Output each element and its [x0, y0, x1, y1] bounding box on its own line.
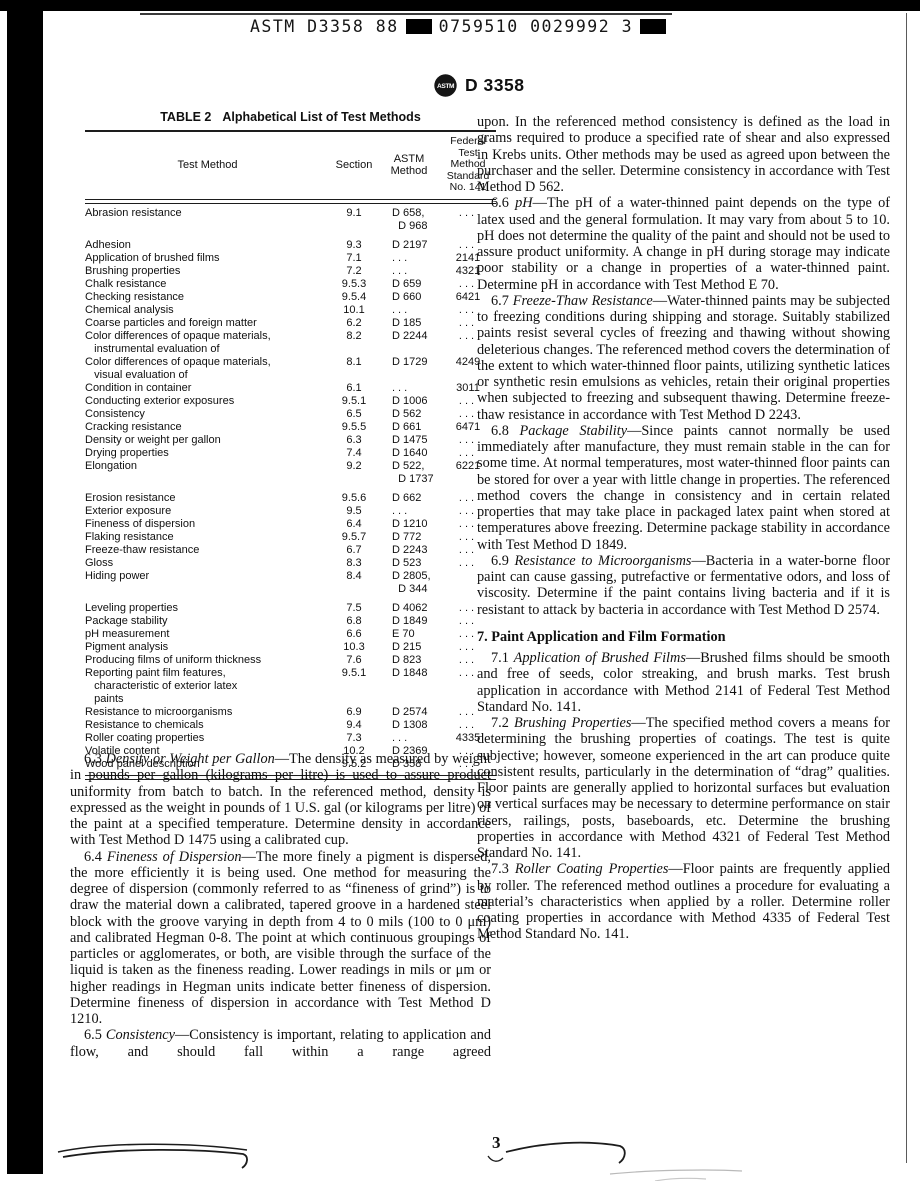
table-row: Color differences of opaque materials, i…: [85, 330, 496, 356]
para-6-6: 6.6 pH—The pH of a water-thinned paint d…: [477, 195, 890, 293]
table-row: Flaking resistance9.5.7D 772...: [85, 531, 496, 544]
table-cell-name: Reporting paint film features, character…: [85, 667, 330, 706]
italic-term: pH: [515, 195, 532, 211]
table-cell-astm: D 4062: [378, 602, 440, 615]
table-cell-name: Cracking resistance: [85, 421, 330, 434]
table-cell-name: Coarse particles and foreign matter: [85, 317, 330, 330]
table-row: Application of brushed films7.1...2141: [85, 252, 496, 265]
table-row: Density or weight per gallon6.3D 1475...: [85, 434, 496, 447]
table-row: Freeze-thaw resistance6.7D 2243...: [85, 544, 496, 557]
italic-term: Roller Coating Properties: [515, 861, 669, 877]
table-cell-astm: D 1640: [378, 447, 440, 460]
table-row: Consistency6.5D 562...: [85, 408, 496, 421]
table-cell-name: Resistance to chemicals: [85, 719, 330, 732]
table-cell-astm: D 1475: [378, 434, 440, 447]
table-cell-sec: 6.4: [330, 518, 378, 531]
table-row: Resistance to chemicals9.4D 1308...: [85, 719, 496, 732]
para-6-5: 6.5 Consistency—Consistency is important…: [70, 1027, 491, 1060]
text-run: —The specified method covers a means for…: [477, 715, 890, 861]
scribble-mark: [58, 1144, 247, 1152]
table-cell-sec: 9.3: [330, 239, 378, 252]
table-cell-name: Resistance to microorganisms: [85, 706, 330, 719]
table-cell-sec: 8.3: [330, 557, 378, 570]
table-cell-astm: D 823: [378, 654, 440, 667]
table-cell-sec: 10.3: [330, 641, 378, 654]
table-cell-name: Gloss: [85, 557, 330, 570]
table-row: Resistance to microorganisms6.9D 2574...: [85, 706, 496, 719]
text-run: 6.7: [491, 293, 513, 309]
column-header-astm-method: ASTM Method: [378, 153, 440, 177]
filled-box-icon: [406, 19, 432, 34]
table-cell-astm: ...: [378, 732, 440, 745]
column-header-test-method: Test Method: [85, 159, 330, 171]
table-cell-sec: 9.5.3: [330, 278, 378, 291]
table-cell-name: Erosion resistance: [85, 492, 330, 505]
table-cell-astm: D 523: [378, 557, 440, 570]
para-7-2: 7.2 Brushing Properties—The specified me…: [477, 715, 890, 861]
table-cell-name: Checking resistance: [85, 291, 330, 304]
table-cell-name: Adhesion: [85, 239, 330, 252]
table-cell-astm: D 2244: [378, 330, 440, 356]
table-cell-sec: 7.4: [330, 447, 378, 460]
astm-logo-icon: ASTM: [433, 73, 458, 98]
para-6-8: 6.8 Package Stability—Since paints canno…: [477, 423, 890, 553]
scan-top-bar: [0, 0, 920, 11]
section-7-heading: 7. Paint Application and Film Formation: [477, 629, 890, 645]
text-run: 6.4: [84, 849, 107, 865]
table-cell-sec: 9.5.7: [330, 531, 378, 544]
table-cell-astm: D 660: [378, 291, 440, 304]
table-row: Gloss8.3D 523...: [85, 557, 496, 570]
table-cell-astm: D 1308: [378, 719, 440, 732]
text-run: —The more finely a pigment is dispersed,…: [70, 849, 491, 1028]
text-run: 6.9: [491, 553, 515, 569]
table-cell-name: Hiding power: [85, 570, 330, 596]
document-designation: D 3358: [465, 75, 524, 96]
table-cell-astm: D 1848: [378, 667, 440, 706]
table-row: Erosion resistance9.5.6D 662...: [85, 492, 496, 505]
table-cell-sec: 7.5: [330, 602, 378, 615]
table-cell-astm: D 772: [378, 531, 440, 544]
table-row: Conducting exterior exposures9.5.1D 1006…: [85, 395, 496, 408]
table-row: Chemical analysis10.1......: [85, 304, 496, 317]
table-cell-astm: D 2243: [378, 544, 440, 557]
page-number: 3: [492, 1133, 501, 1153]
table-cell-astm: D 215: [378, 641, 440, 654]
table-cell-name: pH measurement: [85, 628, 330, 641]
table-cell-sec: 7.1: [330, 252, 378, 265]
table-row: Drying properties7.4D 1640...: [85, 447, 496, 460]
table-cell-astm: D 1729: [378, 356, 440, 382]
table-cell-astm: E 70: [378, 628, 440, 641]
table-cell-sec: 7.6: [330, 654, 378, 667]
para-6-5-continuation: upon. In the referenced method consisten…: [477, 114, 890, 195]
text-run: 6.5: [84, 1027, 106, 1043]
scribble-mark: [488, 1156, 503, 1161]
scan-header-left-text: ASTM D3358 88: [250, 17, 399, 36]
table-row: Exterior exposure9.5......: [85, 505, 496, 518]
table-cell-sec: 8.4: [330, 570, 378, 596]
para-7-3: 7.3 Roller Coating Properties—Floor pain…: [477, 861, 890, 942]
para-6-4: 6.4 Fineness of Dispersion—The more fine…: [70, 849, 491, 1028]
table-cell-name: Freeze-thaw resistance: [85, 544, 330, 557]
italic-term: Resistance to Microorganisms: [515, 553, 692, 569]
table-cell-name: Package stability: [85, 615, 330, 628]
scan-top-rule: [140, 13, 672, 15]
table-row: Coarse particles and foreign matter6.2D …: [85, 317, 496, 330]
table-cell-name: Abrasion resistance: [85, 207, 330, 233]
table-cell-astm: D 185: [378, 317, 440, 330]
table-row: Checking resistance9.5.4D 6606421: [85, 291, 496, 304]
text-run: —The pH of a water-thinned paint depends…: [477, 195, 890, 292]
table-cell-name: Color differences of opaque materials, v…: [85, 356, 330, 382]
table-cell-astm: D 1006: [378, 395, 440, 408]
table-cell-astm: D 562: [378, 408, 440, 421]
table-cell-astm: D 2197: [378, 239, 440, 252]
table-row: Elongation9.2D 522, D 17376221: [85, 460, 496, 486]
table-row: pH measurement6.6E 70...: [85, 628, 496, 641]
para-6-3: 6.3 Density or Weight per Gallon—The den…: [70, 751, 491, 849]
table-cell-name: Condition in container: [85, 382, 330, 395]
table-cell-sec: 6.3: [330, 434, 378, 447]
text-run: 7.3: [491, 861, 515, 877]
text-run: —Since paints cannot normally be used im…: [477, 423, 890, 553]
table-cell-astm: ...: [378, 382, 440, 395]
table-cell-astm: D 522, D 1737: [378, 460, 440, 486]
table-cell-name: Chemical analysis: [85, 304, 330, 317]
table-cell-name: Chalk resistance: [85, 278, 330, 291]
table-cell-astm: ...: [378, 505, 440, 518]
text-run: 7.1: [491, 650, 514, 666]
text-run: 6.8: [491, 423, 520, 439]
table-cell-name: Brushing properties: [85, 265, 330, 278]
left-text-column: 6.3 Density or Weight per Gallon—The den…: [70, 751, 491, 1060]
scan-left-bar: [7, 0, 43, 1174]
para-6-9: 6.9 Resistance to Microorganisms—Bacteri…: [477, 553, 890, 618]
table-cell-sec: 7.3: [330, 732, 378, 745]
table-cell-name: Producing films of uniform thickness: [85, 654, 330, 667]
table-cell-sec: 8.2: [330, 330, 378, 356]
table-cell-sec: 9.2: [330, 460, 378, 486]
table-cell-astm: D 1210: [378, 518, 440, 531]
table-row: Fineness of dispersion6.4D 1210...: [85, 518, 496, 531]
table-cell-name: Elongation: [85, 460, 330, 486]
italic-term: Fineness of Dispersion: [107, 849, 242, 865]
table-row: Reporting paint film features, character…: [85, 667, 496, 706]
text-run: —Water-thinned paints may be subjected t…: [477, 293, 890, 423]
column-header-section: Section: [330, 159, 378, 171]
table-cell-name: Roller coating properties: [85, 732, 330, 745]
table-cell-sec: 10.1: [330, 304, 378, 317]
table-cell-astm: D 658, D 968: [378, 207, 440, 233]
table-cell-name: Color differences of opaque materials, i…: [85, 330, 330, 356]
table-cell-name: Drying properties: [85, 447, 330, 460]
table-cell-sec: 9.5.1: [330, 667, 378, 706]
table-cell-sec: 6.7: [330, 544, 378, 557]
scan-header-right-text: 0759510 0029992 3: [439, 17, 633, 36]
table-2: TABLE 2 Alphabetical List of Test Method…: [85, 110, 496, 780]
table-cell-sec: 6.2: [330, 317, 378, 330]
text-run: 6.6: [491, 195, 515, 211]
table-cell-sec: 6.5: [330, 408, 378, 421]
scan-header-line: ASTM D3358 880759510 0029992 3: [250, 17, 690, 36]
table-cell-astm: D 662: [378, 492, 440, 505]
table-title-label: TABLE 2: [160, 110, 211, 124]
table-row: Adhesion9.3D 2197...: [85, 239, 496, 252]
table-row: Condition in container6.1...3011: [85, 382, 496, 395]
para-7-1: 7.1 Application of Brushed Films—Brushed…: [477, 650, 890, 715]
table-title-text: Alphabetical List of Test Methods: [222, 110, 420, 124]
italic-term: Density or Weight per Gallon: [106, 751, 275, 767]
table-cell-sec: 9.5.1: [330, 395, 378, 408]
scan-page-edge: [906, 13, 907, 1163]
document-header: ASTM D 3358: [433, 73, 524, 98]
table-cell-name: Conducting exterior exposures: [85, 395, 330, 408]
text-run: 7. Paint Application and Film Formation: [477, 629, 726, 645]
table-cell-name: Fineness of dispersion: [85, 518, 330, 531]
italic-term: Consistency: [106, 1027, 175, 1043]
text-run: 6.3: [84, 751, 106, 767]
table-cell-sec: 6.8: [330, 615, 378, 628]
faint-scan-line: [610, 1170, 742, 1174]
table-title: TABLE 2 Alphabetical List of Test Method…: [85, 110, 496, 124]
table-cell-sec: 9.5.6: [330, 492, 378, 505]
table-cell-astm: D 2805, D 344: [378, 570, 440, 596]
table-row: Leveling properties7.5D 4062...: [85, 602, 496, 615]
svg-text:ASTM: ASTM: [437, 83, 455, 90]
table-cell-sec: 8.1: [330, 356, 378, 382]
italic-term: Brushing Properties: [514, 715, 631, 731]
table-cell-astm: D 661: [378, 421, 440, 434]
scribble-mark: [506, 1143, 625, 1163]
table-cell-astm: D 1849: [378, 615, 440, 628]
table-cell-sec: 9.5: [330, 505, 378, 518]
scribble-mark: [63, 1150, 247, 1168]
table-cell-name: Flaking resistance: [85, 531, 330, 544]
table-cell-astm: ...: [378, 304, 440, 317]
table-row: Chalk resistance9.5.3D 659...: [85, 278, 496, 291]
italic-term: Package Stability: [520, 423, 628, 439]
scanned-document-page: { "scan_header": { "left_text": "ASTM D3…: [0, 0, 920, 1181]
table-cell-name: Leveling properties: [85, 602, 330, 615]
right-text-column: upon. In the referenced method consisten…: [477, 114, 890, 943]
text-run: 7.2: [491, 715, 514, 731]
table-cell-sec: 9.4: [330, 719, 378, 732]
table-cell-astm: D 659: [378, 278, 440, 291]
table-cell-sec: 6.6: [330, 628, 378, 641]
table-header-row: Test Method Section ASTM Method Federal …: [85, 132, 496, 199]
table-cell-sec: 6.1: [330, 382, 378, 395]
italic-term: Freeze-Thaw Resistance: [513, 293, 653, 309]
table-cell-sec: 9.1: [330, 207, 378, 233]
table-cell-name: Exterior exposure: [85, 505, 330, 518]
para-6-7: 6.7 Freeze-Thaw Resistance—Water-thinned…: [477, 293, 890, 423]
italic-term: Application of Brushed Films: [514, 650, 686, 666]
table-row: Color differences of opaque materials, v…: [85, 356, 496, 382]
table-cell-sec: 9.5.5: [330, 421, 378, 434]
table-row: Package stability6.8D 1849...: [85, 615, 496, 628]
table-cell-sec: 6.9: [330, 706, 378, 719]
table-cell-astm: ...: [378, 252, 440, 265]
table-cell-name: Density or weight per gallon: [85, 434, 330, 447]
table-row: Cracking resistance9.5.5D 6616471: [85, 421, 496, 434]
text-run: upon. In the referenced method consisten…: [477, 114, 890, 195]
table-cell-name: Consistency: [85, 408, 330, 421]
table-cell-astm: D 2574: [378, 706, 440, 719]
table-cell-name: Application of brushed films: [85, 252, 330, 265]
table-row: Hiding power8.4D 2805, D 344: [85, 570, 496, 596]
table-cell-sec: 7.2: [330, 265, 378, 278]
table-row: Pigment analysis10.3D 215...: [85, 641, 496, 654]
test-methods-table-body: Abrasion resistance9.1D 658, D 968...Adh…: [85, 204, 496, 775]
table-row: Abrasion resistance9.1D 658, D 968...: [85, 207, 496, 233]
table-row: Brushing properties7.2...4321: [85, 265, 496, 278]
table-cell-name: Pigment analysis: [85, 641, 330, 654]
table-row: Roller coating properties7.3...4335: [85, 732, 496, 745]
filled-box-icon: [640, 19, 666, 34]
table-row: Producing films of uniform thickness7.6D…: [85, 654, 496, 667]
table-cell-sec: 9.5.4: [330, 291, 378, 304]
table-cell-astm: ...: [378, 265, 440, 278]
